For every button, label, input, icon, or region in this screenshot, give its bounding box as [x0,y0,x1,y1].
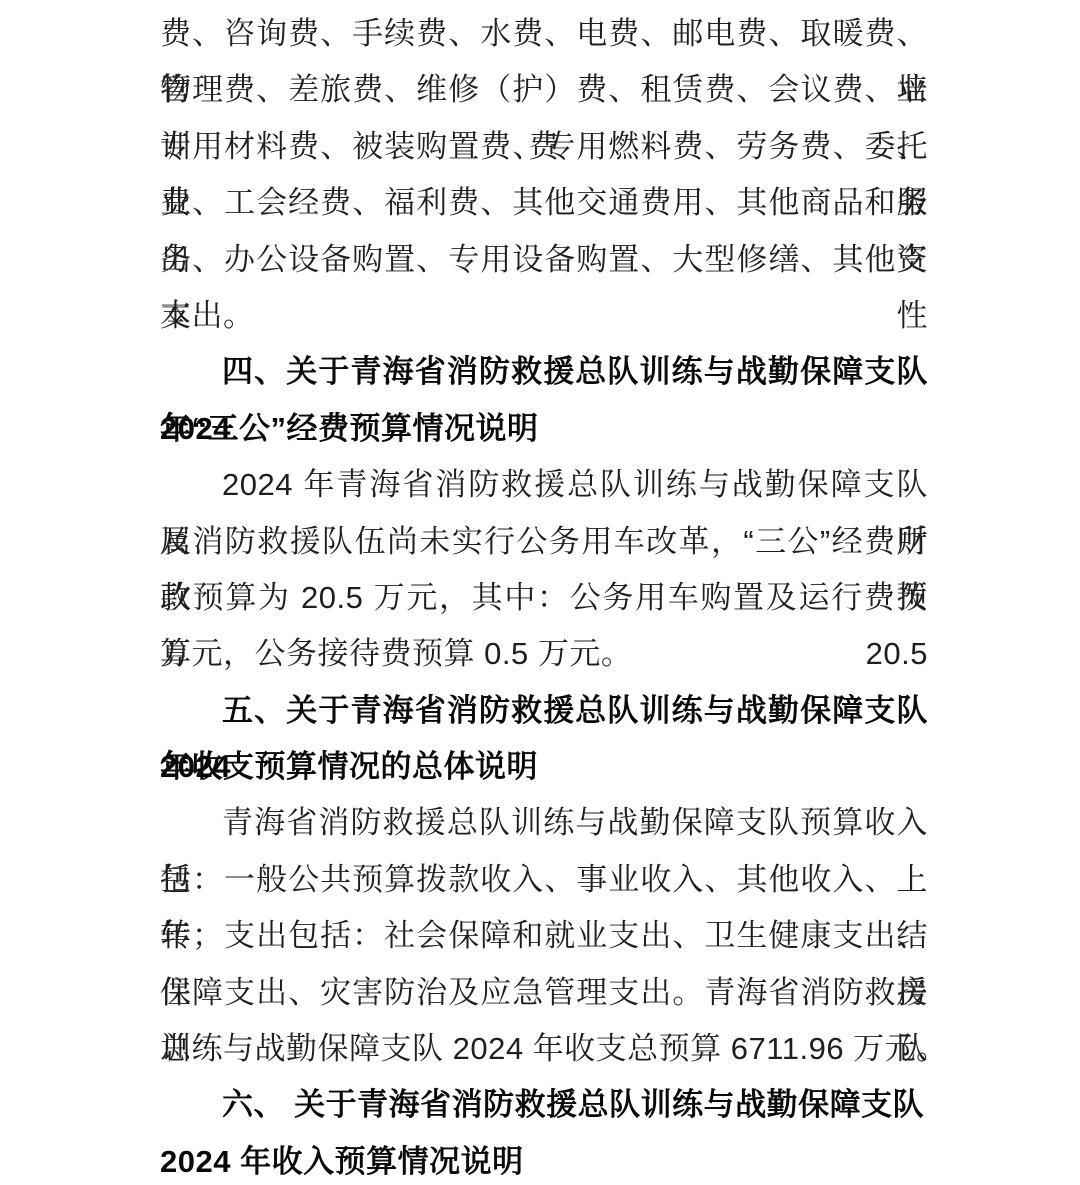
text-line: 青海省消防救援总队训练与战勤保障支队预算收入包 [160,795,928,851]
heading-line: 四、关于青海省消防救援总队训练与战勤保障支队 2024 [160,344,928,400]
text-line: 款预算为 20.5 万元，其中：公务用车购置及运行费预算 20.5 [160,570,928,626]
document-page: 费、咨询费、手续费、水费、电费、邮电费、取暖费、物业管理费、差旅费、维修（护）费… [0,0,1080,1185]
heading-line: 年收支预算情况的总体说明 [160,739,928,795]
heading-line: 五、关于青海省消防救援总队训练与战勤保障支队 2024 [160,683,928,739]
text-line: 训练与战勤保障支队 2024 年收支总预算 6711.96 万元。 [160,1021,928,1077]
text-line: 管理费、差旅费、维修（护）费、租赁费、会议费、培训费、 [160,62,928,118]
text-line: 2024 年青海省消防救援总队训练与战勤保障支队及所 [160,457,928,513]
heading-line: 六、 关于青海省消防救援总队训练与战勤保障支队 [160,1077,928,1133]
text-line: 专用材料费、被装购置费、专用燃料费、劳务费、委托业务 [160,119,928,175]
text-line: 费、咨询费、手续费、水费、电费、邮电费、取暖费、物业 [160,6,928,62]
text-line: 保障支出、灾害防治及应急管理支出。青海省消防救援总队 [160,965,928,1021]
text-line: 出、办公设备购置、专用设备购置、大型修缮、其他资本性 [160,232,928,288]
text-line: 费、工会经费、福利费、其他交通费用、其他商品和服务支 [160,175,928,231]
text-line: 括：一般公共预算拨款收入、事业收入、其他收入、上年结 [160,852,928,908]
text-line: 属消防救援队伍尚未实行公务用车改革，“三公”经费财政拨 [160,514,928,570]
document-body: 费、咨询费、手续费、水费、电费、邮电费、取暖费、物业管理费、差旅费、维修（护）费… [160,6,928,1185]
text-line: 转；支出包括：社会保障和就业支出、卫生健康支出、住房 [160,908,928,964]
heading-line: 2024 年收入预算情况说明 [160,1134,928,1185]
heading-line: 年“三公”经费预算情况说明 [160,401,928,457]
